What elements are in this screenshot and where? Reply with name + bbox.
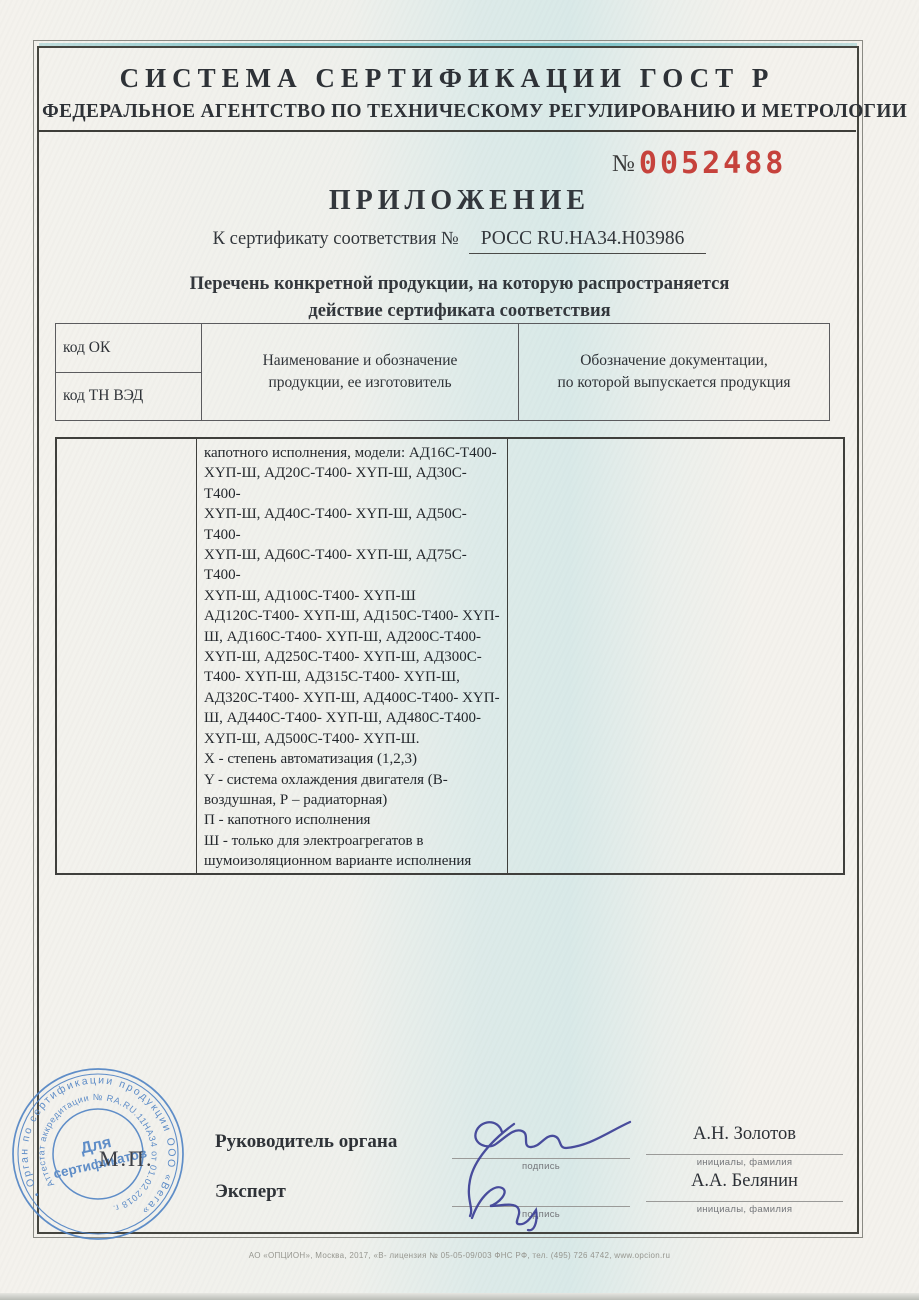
name-expert: А.А. Белянин (646, 1171, 843, 1192)
number-digits: 0052488 (639, 146, 786, 181)
signature-ink-expert (472, 1187, 537, 1230)
name-caption-head: инициалы, фамилия (646, 1157, 843, 1168)
header-band: СИСТЕМА СЕРТИФИКАЦИИ ГОСТ Р ФЕДЕРАЛЬНОЕ … (38, 47, 856, 132)
certificate-number-value: РОСС RU.НА34.Н03986 (469, 228, 707, 254)
documentation-column-header: Обозначение документации, по которой вып… (519, 324, 829, 420)
codes-column-header: код ОК код ТН ВЭД (56, 324, 202, 420)
handwritten-signatures-ink (430, 1088, 670, 1243)
products-list-subtitle: Перечень конкретной продукции, на котору… (0, 271, 919, 325)
agency-title: ФЕДЕРАЛЬНОЕ АГЕНТСТВО ПО ТЕХНИЧЕСКОМУ РЕ… (42, 101, 852, 123)
role-expert: Эксперт (215, 1181, 286, 1203)
products-table-models-cell: капотного исполнения, модели: АД16С-Т400… (197, 439, 508, 873)
products-table: капотного исполнения, модели: АД16С-Т400… (55, 437, 845, 875)
certificate-label: К сертификату соответствия № (213, 229, 459, 249)
products-table-codes-cell (57, 439, 197, 873)
document-number: № 0052488 (612, 147, 786, 181)
name-line-expert (646, 1201, 843, 1202)
system-title: СИСТЕМА СЕРТИФИКАЦИИ ГОСТ Р (38, 63, 856, 94)
code-tnved-label: код ТН ВЭД (56, 373, 201, 421)
certificate-reference: К сертификату соответствия № РОСС RU.НА3… (0, 228, 919, 254)
columns-header-table: код ОК код ТН ВЭД Наименование и обознач… (55, 323, 830, 421)
certification-stamp: • Орган по сертификации продукции ООО «В… (6, 1060, 190, 1248)
number-sign: № (612, 151, 635, 177)
name-caption-expert: инициалы, фамилия (646, 1204, 843, 1215)
products-table-docs-cell (508, 439, 843, 873)
name-line-head (646, 1154, 843, 1155)
printer-imprint: АО «ОПЦИОН», Москва, 2017, «В- лицензия … (0, 1251, 919, 1260)
role-head-of-body: Руководитель органа (215, 1131, 397, 1153)
product-name-column-header: Наименование и обозначение продукции, ее… (202, 324, 519, 420)
name-head-of-body: А.Н. Золотов (646, 1124, 843, 1145)
page-title: ПРИЛОЖЕНИЕ (0, 185, 919, 217)
certificate-appendix-page: СИСТЕМА СЕРТИФИКАЦИИ ГОСТ Р ФЕДЕРАЛЬНОЕ … (0, 0, 919, 1300)
code-ok-label: код ОК (56, 324, 201, 373)
mp-place-of-seal: М.П. (99, 1146, 153, 1172)
